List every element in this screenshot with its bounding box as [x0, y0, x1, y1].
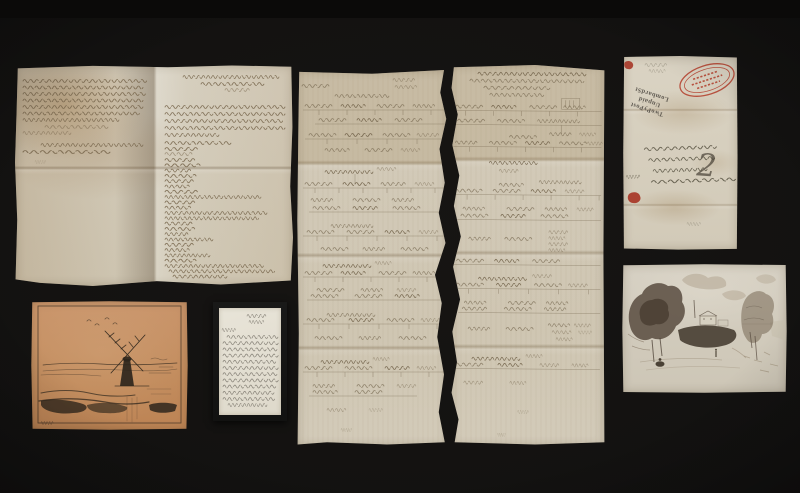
letter-cover: TwoPyPost Unpaid LombardSt 2 [623, 56, 738, 250]
charge-mark: 2 [695, 147, 718, 184]
figures [656, 349, 718, 367]
pedigree-right-content [450, 65, 605, 446]
mounted-letter-paper [219, 308, 281, 415]
windmill-scene [31, 301, 188, 430]
will-left-page-text [23, 80, 147, 164]
faint-initials [687, 223, 701, 226]
right-tree [741, 291, 774, 360]
paid-oval-stamp [676, 58, 738, 103]
scrub-bank [41, 400, 87, 414]
wax-seal-bottom [628, 192, 641, 203]
landscape-scene [622, 264, 787, 393]
pedigree-left-sheet [297, 70, 447, 446]
letter-heading [247, 315, 266, 324]
birds [87, 318, 117, 325]
will-right-page-text [165, 76, 285, 279]
pedigree-right-sheet [450, 65, 605, 446]
village-buildings [694, 300, 728, 326]
photograph-of-document-collection: TwoPyPost Unpaid LombardSt 2 [0, 18, 800, 493]
docket-note [645, 64, 667, 73]
will-handwriting [15, 65, 293, 286]
left-tree-mass [628, 283, 685, 362]
windmill-figure [105, 331, 149, 386]
letter-cover-content: TwoPyPost Unpaid LombardSt 2 [623, 56, 738, 250]
windmill-drawing [31, 301, 188, 430]
pedigree-right-generations [451, 72, 602, 437]
barge [149, 403, 177, 413]
pedigree-left-content [297, 70, 447, 446]
center-bushes [678, 326, 736, 348]
will-manuscript [15, 65, 293, 286]
mounted-letter [213, 302, 287, 421]
address-lines [625, 145, 735, 185]
landscape-sketch [622, 264, 787, 393]
mounted-letter-text [219, 308, 281, 415]
pedigree-left-generations [302, 79, 446, 432]
letter-body [222, 329, 278, 407]
twopenny-post-handstamp: TwoPyPost Unpaid LombardSt [629, 85, 670, 118]
wax-seal-top [624, 61, 633, 69]
